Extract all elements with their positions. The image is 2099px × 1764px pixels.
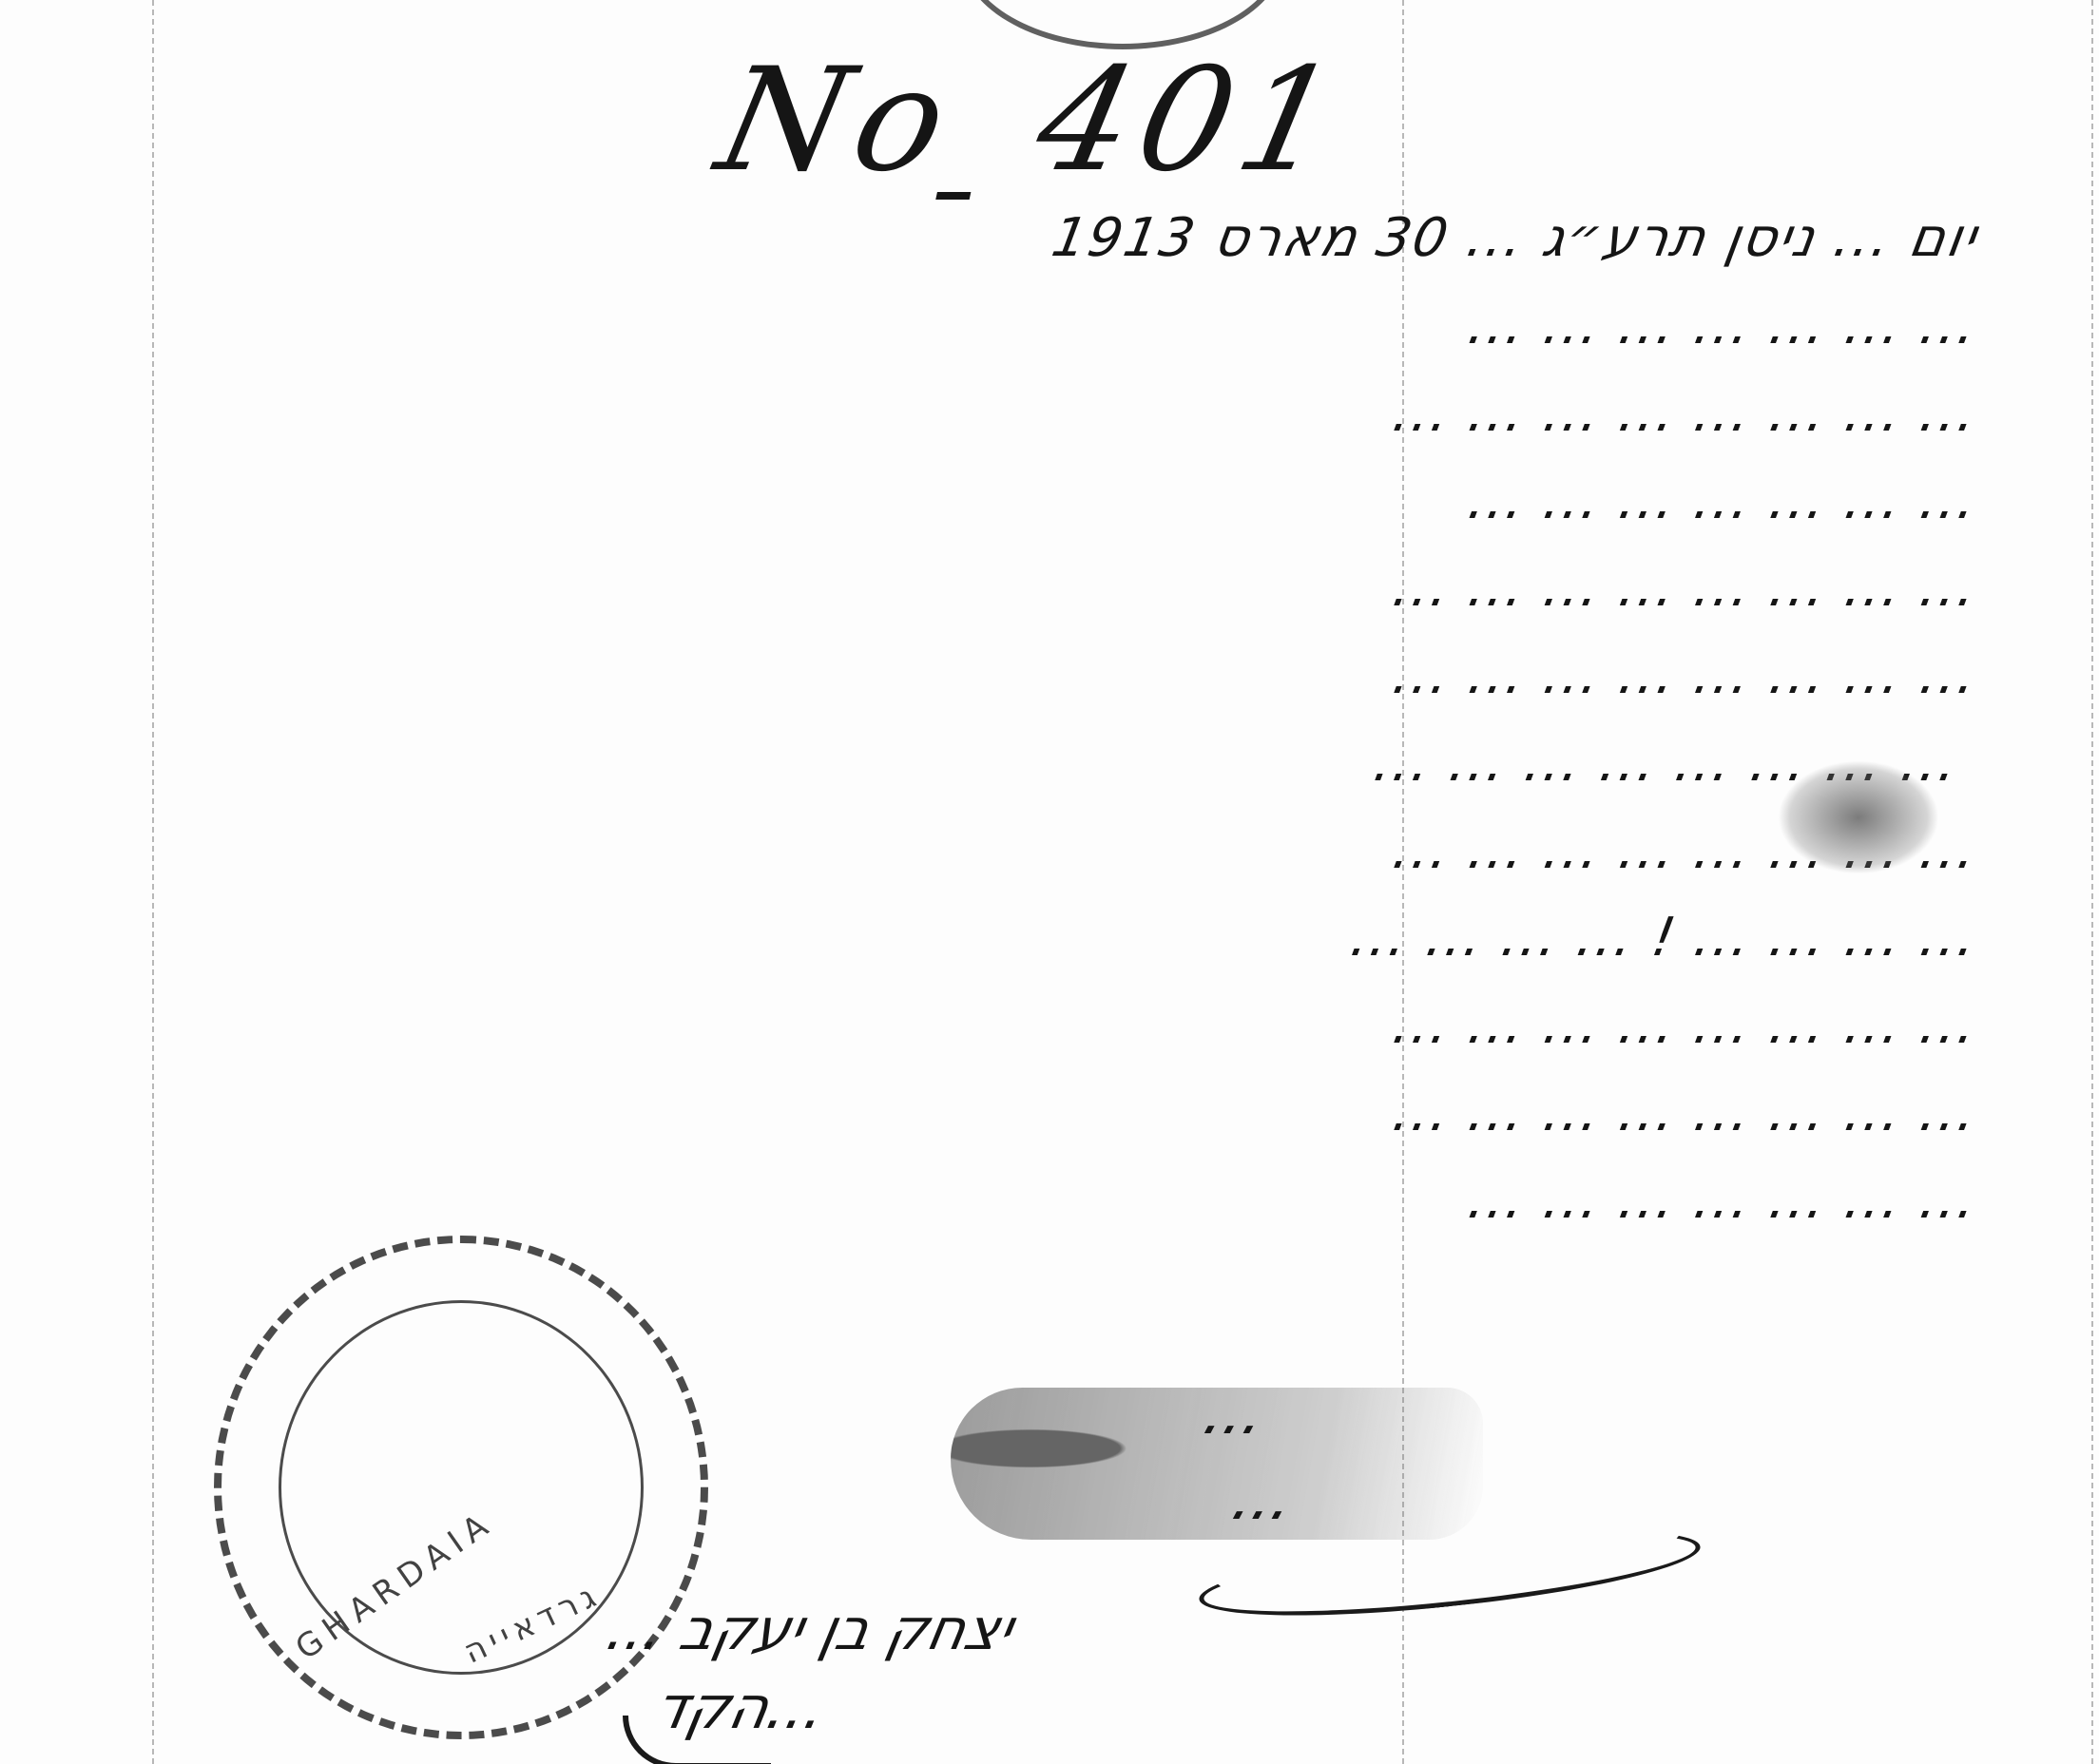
vertical-rule <box>152 0 154 1764</box>
ink-blot <box>1778 760 1939 874</box>
letter-line: ... ... ... ... ... ... ... ... <box>154 1069 1985 1157</box>
letter-line: ... ... ... ... ... ... ... ... <box>154 632 1985 719</box>
letter-line-date: יום ... ניסן תרע״ג ... 30 מארס 1913 <box>154 195 1985 282</box>
letter-line: ... ... ... ... ... ... ... ... <box>154 370 1985 457</box>
vertical-rule <box>2091 0 2093 1764</box>
number-prefix: No <box>705 38 971 203</box>
official-seal: GHARDAIA גרדאייה <box>214 1236 708 1739</box>
document-number: No 401 <box>704 38 1359 206</box>
letter-line: ... ... ... ... ... ... ... ... <box>154 982 1985 1069</box>
number-value: 401 <box>1024 38 1359 203</box>
letter-line: ... ... ... ... ... ... ... ... <box>154 719 1985 807</box>
letter-line: ... ... ... ... ... ... ... <box>154 457 1985 545</box>
signature-bottom-line1: יצחק בן יעקב ... <box>602 1597 1019 1663</box>
letter-body: יום ... ניסן תרע״ג ... 30 מארס 1913 ... … <box>162 195 1977 1244</box>
letter-line: ... ... ... ... ... ... ... ... <box>154 807 1985 894</box>
letter-line: ... ... ... ... ... ... ... <box>154 282 1985 370</box>
signature-underline <box>623 1716 771 1764</box>
letter-line: ... ... ... ... ! ... ... ... ... <box>154 894 1985 982</box>
letter-line: ... ... ... ... ... ... ... <box>154 1157 1985 1244</box>
letter-line: ... ... ... ... ... ... ... ... <box>154 545 1985 632</box>
document-page: No 401 יום ... ניסן תרע״ג ... 30 מארס 19… <box>0 0 2099 1764</box>
